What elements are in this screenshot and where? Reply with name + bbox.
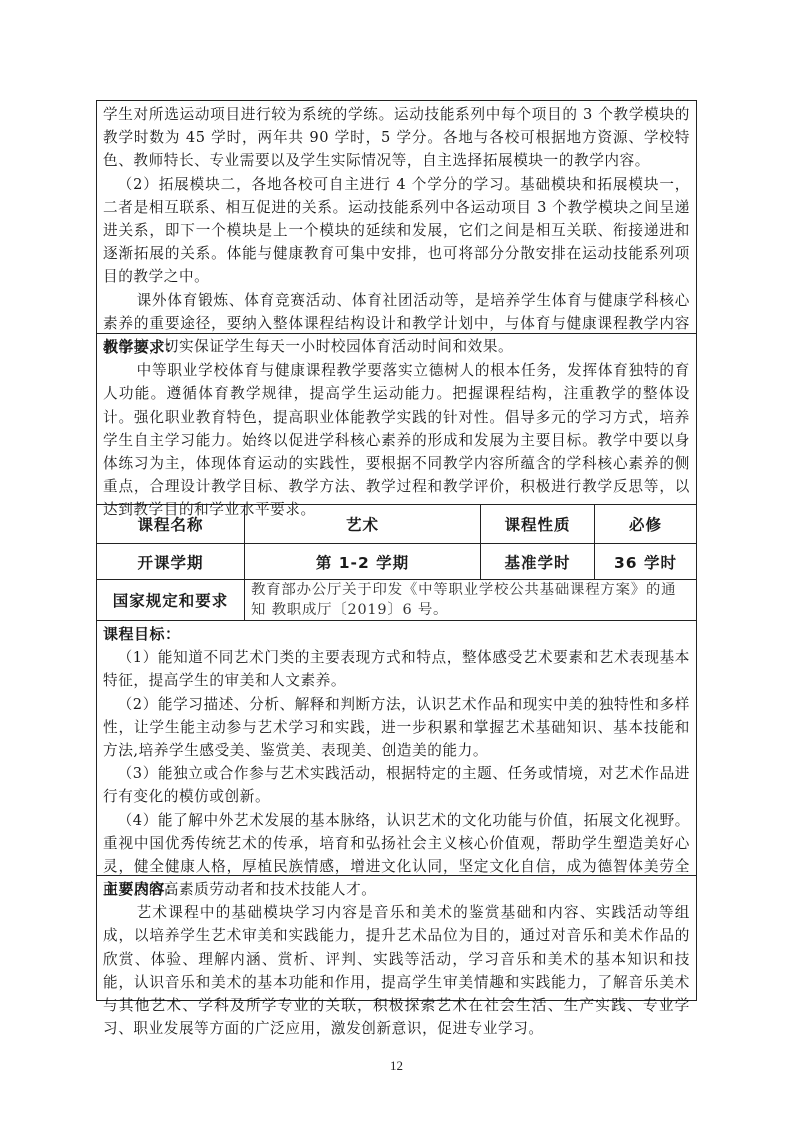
hours-value: 36 学时: [595, 544, 696, 580]
course-name-value: 艺术: [245, 505, 481, 544]
course-nature-value: 必修: [595, 505, 696, 544]
regulation-value: 教育部办公厅关于印发《中等职业学校公共基础课程方案》的通知 教职成厅〔2019〕…: [245, 580, 696, 620]
page-number: 12: [0, 1058, 793, 1074]
hours-label: 基准学时: [481, 544, 595, 580]
art-course-objectives: 课程目标： （1）能知道不同艺术门类的主要表现方式和特点，整体感受艺术要素和艺术…: [97, 621, 696, 876]
pe-content-continuation: 学生对所选运动项目进行较为系统的学练。运动技能系列中每个项目的 3 个教学模块的…: [97, 101, 696, 334]
requirements-text: 中等职业学校体育与健康课程教学要落实立德树人的根本任务，发挥体育独特的育人功能。…: [103, 359, 690, 521]
term-value: 第 1-2 学期: [245, 544, 481, 580]
art-course-info: 课程名称 艺术 课程性质 必修 开课学期 第 1-2 学期 基准学时 36 学时…: [97, 504, 696, 621]
objective-item: （1）能知道不同艺术门类的主要表现方式和特点，整体感受艺术要素和艺术表现基本特征…: [103, 646, 690, 692]
pe-teaching-requirements: 教学要求： 中等职业学校体育与健康课程教学要落实立德树人的根本任务，发挥体育独特…: [97, 334, 696, 504]
section-title: 课程目标：: [103, 623, 690, 646]
objective-item: （3）能独立或合作参与艺术实践活动，根据特定的主题、任务或情境，对艺术作品进行有…: [103, 762, 690, 808]
term-label: 开课学期: [97, 544, 245, 580]
course-nature-label: 课程性质: [481, 505, 595, 544]
pe-paragraph-1: 学生对所选运动项目进行较为系统的学练。运动技能系列中每个项目的 3 个教学模块的…: [103, 103, 690, 173]
objective-item: （2）能学习描述、分析、解释和判断方法，认识艺术作品和现实中美的独特性和多样性，…: [103, 693, 690, 763]
course-name-label: 课程名称: [97, 505, 245, 544]
main-content-text: 艺术课程中的基础模块学习内容是音乐和美术的鉴赏基础和内容、实践活动等组成，以培养…: [103, 901, 690, 1040]
curriculum-table: 学生对所选运动项目进行较为系统的学练。运动技能系列中每个项目的 3 个教学模块的…: [96, 100, 697, 1001]
pe-paragraph-2: （2）拓展模块二，各地各校可自主进行 4 个学分的学习。基础模块和拓展模块一，二…: [103, 173, 690, 289]
regulation-label: 国家规定和要求: [97, 580, 245, 620]
